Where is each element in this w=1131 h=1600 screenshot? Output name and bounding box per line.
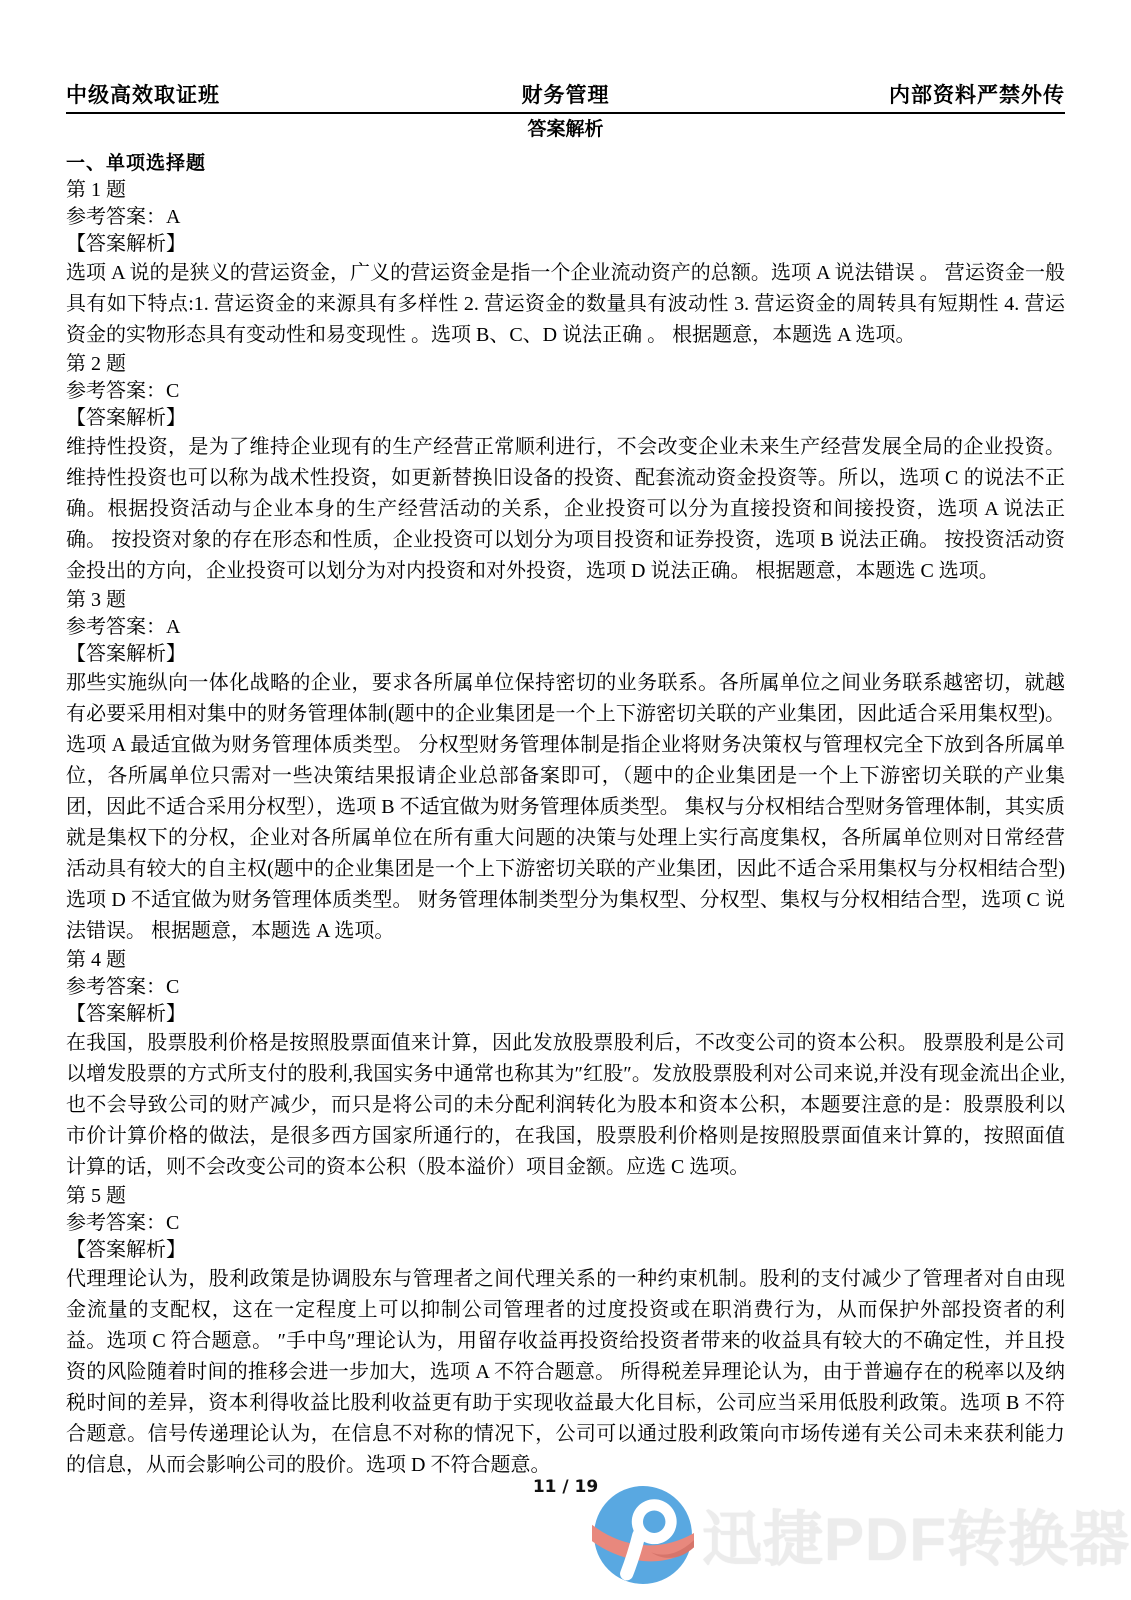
explanation-text: 代理理论认为，股利政策是协调股东与管理者之间代理关系的一种约束机制。股利的支付减… xyxy=(66,1264,1065,1481)
analysis-label: 【答案解析】 xyxy=(66,1237,1065,1264)
question-label: 第 4 题 xyxy=(66,947,1065,974)
analysis-label: 【答案解析】 xyxy=(66,405,1065,432)
question-block-2: 第 2 题 参考答案：C 【答案解析】 维持性投资，是为了维持企业现有的生产经营… xyxy=(66,351,1065,587)
watermark-text: 迅捷PDF转换器 xyxy=(702,1492,1130,1578)
explanation-text: 在我国，股票股利价格是按照股票面值来计算，因此发放股票股利后，不改变公司的资本公… xyxy=(66,1028,1065,1183)
page-title: 答案解析 xyxy=(66,117,1065,142)
reference-answer: 参考答案：C xyxy=(66,378,1065,405)
explanation-text: 选项 A 说的是狭义的营运资金，广义的营运资金是指一个企业流动资产的总额。选项 … xyxy=(66,258,1065,351)
header-subject-name: 财务管理 xyxy=(399,84,732,108)
question-label: 第 2 题 xyxy=(66,351,1065,378)
question-block-1: 第 1 题 参考答案：A 【答案解析】 选项 A 说的是狭义的营运资金，广义的营… xyxy=(66,177,1065,351)
reference-answer: 参考答案：C xyxy=(66,1210,1065,1237)
question-label: 第 5 题 xyxy=(66,1183,1065,1210)
analysis-label: 【答案解析】 xyxy=(66,1001,1065,1028)
section-heading-single-choice: 一、单项选择题 xyxy=(66,150,1065,177)
question-label: 第 3 题 xyxy=(66,587,1065,614)
header-course-name: 中级高效取证班 xyxy=(66,84,399,108)
reference-answer: 参考答案：A xyxy=(66,204,1065,231)
document-page: 中级高效取证班 财务管理 内部资料严禁外传 答案解析 一、单项选择题 第 1 题… xyxy=(0,0,1131,1600)
question-block-3: 第 3 题 参考答案：A 【答案解析】 那些实施纵向一体化战略的企业，要求各所属… xyxy=(66,587,1065,947)
reference-answer: 参考答案：A xyxy=(66,614,1065,641)
reference-answer: 参考答案：C xyxy=(66,974,1065,1001)
question-block-5: 第 5 题 参考答案：C 【答案解析】 代理理论认为，股利政策是协调股东与管理者… xyxy=(66,1183,1065,1481)
question-block-4: 第 4 题 参考答案：C 【答案解析】 在我国，股票股利价格是按照股票面值来计算… xyxy=(66,947,1065,1183)
document-header: 中级高效取证班 财务管理 内部资料严禁外传 xyxy=(66,84,1065,108)
header-confidential-notice: 内部资料严禁外传 xyxy=(732,84,1065,108)
page-content: 中级高效取证班 财务管理 内部资料严禁外传 答案解析 一、单项选择题 第 1 题… xyxy=(66,84,1065,1481)
analysis-label: 【答案解析】 xyxy=(66,641,1065,668)
explanation-text: 维持性投资，是为了维持企业现有的生产经营正常顺利进行，不会改变企业未来生产经营发… xyxy=(66,432,1065,587)
watermark: 迅捷PDF转换器 xyxy=(592,1484,1130,1586)
question-label: 第 1 题 xyxy=(66,177,1065,204)
header-divider xyxy=(66,112,1065,114)
pdf-converter-logo-icon xyxy=(592,1484,694,1586)
explanation-text: 那些实施纵向一体化战略的企业，要求各所属单位保持密切的业务联系。各所属单位之间业… xyxy=(66,668,1065,947)
analysis-label: 【答案解析】 xyxy=(66,231,1065,258)
